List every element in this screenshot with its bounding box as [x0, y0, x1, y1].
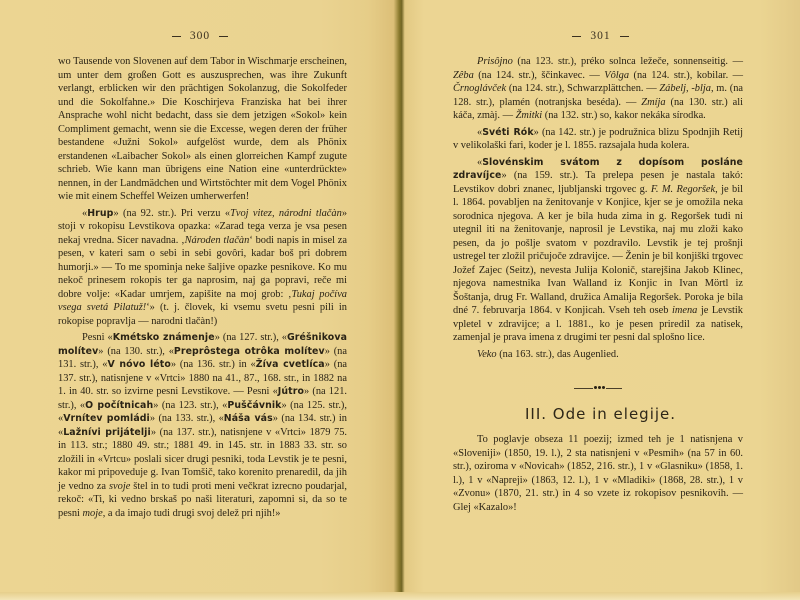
right-page-text: Prisôjno (na 123. str.), préko solnca le…: [453, 55, 743, 361]
chapter-heading: III. Ode in elegije.: [401, 405, 800, 423]
folio-dash: [219, 36, 228, 38]
paragraph-veko: Veko (na 163. str.), das Augenlied.: [453, 348, 743, 362]
chapter-text: To poglavje obseza 11 poezij; izmed teh …: [453, 433, 743, 514]
paragraph-pesni: Pesni «Kmétsko známenje» (na 127. str.),…: [58, 331, 347, 520]
paragraph-hrup: «Hrup» (na 92. str.). Pri verzu «Tvoj vi…: [58, 207, 347, 329]
page-number-right: 301: [401, 30, 800, 42]
page-bottom-edge: [0, 592, 800, 600]
left-page-text: wo Tausende von Slovenen auf dem Tabor i…: [58, 55, 347, 520]
right-page: 301 Prisôjno (na 123. str.), préko solnc…: [401, 0, 800, 592]
folio-dash: [620, 36, 629, 38]
paragraph: wo Tausende von Slovenen auf dem Tabor i…: [58, 55, 347, 204]
paragraph-chapter-intro: To poglavje obseza 11 poezij; izmed teh …: [453, 433, 743, 514]
section-divider-ornament: [574, 385, 622, 391]
folio-dash: [572, 36, 581, 38]
folio-dash: [172, 36, 181, 38]
left-page: 300 wo Tausende von Slovenen auf dem Tab…: [0, 0, 400, 592]
page-number-left: 300: [0, 30, 400, 42]
paragraph-sveti-rok: «Svéti Rók» (na 142. str.) je podružnica…: [453, 126, 743, 153]
paragraph-glossary: Prisôjno (na 123. str.), préko solnca le…: [453, 55, 743, 123]
paragraph-zdravijce: «Slovénskim svátom z dopísom posláne zdr…: [453, 156, 743, 345]
